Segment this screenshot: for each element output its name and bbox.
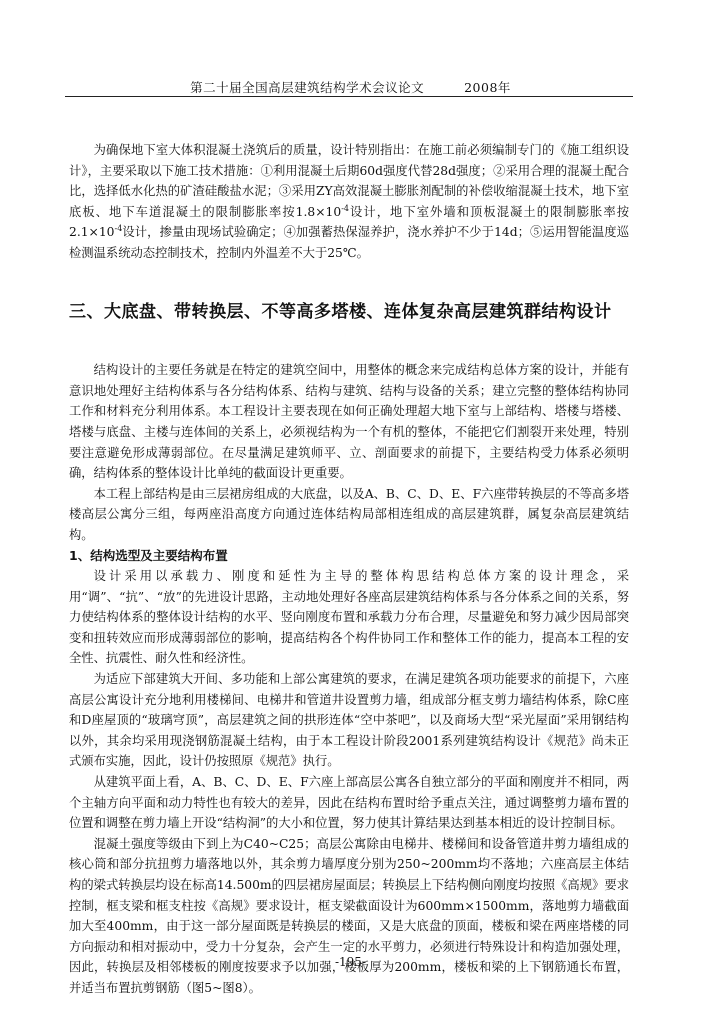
document-page: 第二十届全国高层建筑结构学术会议论文2008年 为确保地下室大体积混凝土浇筑后的…: [0, 0, 701, 1024]
paragraph-construction-measures: 为确保地下室大体积混凝土浇筑后的质量，设计特别指出：在施工前必须编制专门的《施工…: [69, 140, 629, 264]
header-year: 2008年: [464, 80, 511, 95]
section-heading: 三、大底盘、带转换层、不等高多塔楼、连体复杂高层建筑群结构设计: [69, 302, 629, 323]
subsection-heading: 1、结构选型及主要结构布置: [69, 546, 629, 567]
paragraph: 混凝土强度等级由下到上为C40~C25；高层公寓除由电梯井、楼梯间和设备管道井剪…: [69, 834, 629, 999]
scan-speck: [398, 921, 399, 922]
paragraph: 设计采用以承载力、刚度和延性为主导的整体构思结构总体方案的设计理念，采用“调”、…: [69, 566, 629, 669]
paragraph: 从建筑平面上看，A、B、C、D、E、F六座上部高层公寓各自独立部分的平面和刚度并…: [69, 772, 629, 834]
paragraph-text: 设计，掺量由现场试验确定；④加强蓄热保湿养护，浇水养护不少于14d；⑤运用智能温…: [69, 225, 629, 260]
running-header: 第二十届全国高层建筑结构学术会议论文2008年: [0, 78, 701, 96]
paragraph: 为适应下部建筑大开间、多功能和上部公寓建筑的要求，在满足建筑各项功能要求的前提下…: [69, 669, 629, 772]
paragraph: 结构设计的主要任务就是在特定的建筑空间中，用整体的概念来完成结构总体方案的设计，…: [69, 360, 629, 484]
page-number: -195-: [0, 955, 701, 969]
paragraph: 本工程上部结构是由三层裙房组成的大底盘，以及A、B、C、D、E、F六座带转换层的…: [69, 484, 629, 546]
exponent: -4: [341, 204, 349, 213]
header-rule: [65, 96, 633, 97]
body-text: 为确保地下室大体积混凝土浇筑后的质量，设计特别指出：在施工前必须编制专门的《施工…: [69, 140, 629, 999]
conference-title: 第二十届全国高层建筑结构学术会议论文: [190, 80, 424, 95]
